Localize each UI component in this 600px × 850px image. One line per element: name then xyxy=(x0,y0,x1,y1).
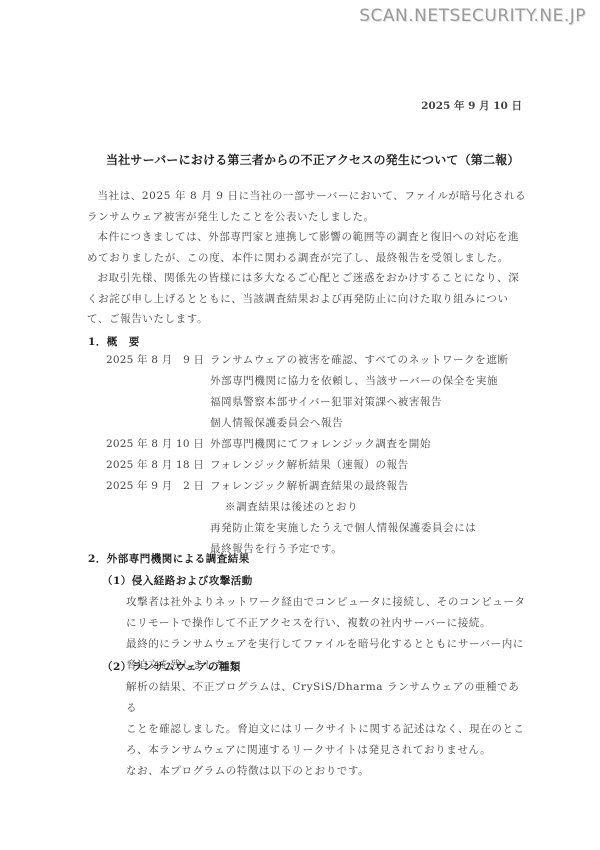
subsection-body-ransomware-type: 解析の結果、不正プログラムは、CrySiS/Dharma ランサムウェアの亜種で… xyxy=(126,677,526,782)
body-line: にリモートで操作して不正アクセスを行い、複数の社内サーバーに接続。 xyxy=(126,613,526,634)
body-line: なお、本プログラムの特徴は以下のとおりです。 xyxy=(126,761,526,782)
intro-paragraph-1: 当社は、2025 年 8 月 9 日に当社の一部サーバーにおいて、ファイルが暗号… xyxy=(87,186,527,227)
document-title: 当社サーバーにおける第三者からの不正アクセスの発生について（第二報） xyxy=(106,151,526,168)
timeline-event: 最終報告を行う予定です。 xyxy=(210,539,536,560)
body-line: 解析の結果、不正プログラムは、CrySiS/Dharma ランサムウェアの亜種で… xyxy=(126,677,526,719)
subsection-heading-ransomware-type: （2）ランサムウェアの種類 xyxy=(102,659,241,674)
timeline-event: 再発防止策を実施したうえで個人情報保護委員会には xyxy=(210,518,536,539)
timeline-events: フォレンジック解析調査結果の最終報告 ※調査結果は後述のとおり 再発防止策を実施… xyxy=(210,476,536,560)
body-line: 攻撃者は社外よりネットワーク経由でコンピュータに接続し、そのコンピュータ xyxy=(126,592,526,613)
timeline-event: 外部専門機関に協力を依頼し、当該サーバーの保全を実施 xyxy=(210,371,536,392)
timeline-event: ランサムウェアの被害を確認、すべてのネットワークを遮断 xyxy=(210,350,536,371)
timeline-events: 外部専門機関にてフォレンジック調査を開始 xyxy=(210,434,536,455)
timeline-event: フォレンジック解析調査結果の最終報告 xyxy=(210,476,536,497)
subsection-heading-intrusion: （1）侵入経路および攻撃活動 xyxy=(102,573,253,588)
timeline-entry: 2025 年 8 月 9 日 ランサムウェアの被害を確認、すべてのネットワークを… xyxy=(106,350,536,434)
body-line: ろ、本ランサムウェアに関連するリークサイトは発見されておりません。 xyxy=(126,740,526,761)
timeline: 2025 年 8 月 9 日 ランサムウェアの被害を確認、すべてのネットワークを… xyxy=(106,350,536,560)
timeline-date: 2025 年 8 月 9 日 xyxy=(106,350,210,434)
timeline-event: 個人情報保護委員会へ報告 xyxy=(210,413,536,434)
section-heading-investigation: 2．外部専門機関による調査結果 xyxy=(88,551,250,566)
timeline-event: フォレンジック解析結果（速報）の報告 xyxy=(210,455,536,476)
timeline-note: ※調査結果は後述のとおり xyxy=(210,497,536,518)
document-date: 2025 年 9 月 10 日 xyxy=(421,98,522,113)
timeline-events: フォレンジック解析結果（速報）の報告 xyxy=(210,455,536,476)
timeline-events: ランサムウェアの被害を確認、すべてのネットワークを遮断 外部専門機関に協力を依頼… xyxy=(210,350,536,434)
body-line: 最終的にランサムウェアを実行してファイルを暗号化するとともにサーバー内に xyxy=(126,634,526,655)
timeline-entry: 2025 年 8 月 18 日 フォレンジック解析結果（速報）の報告 xyxy=(106,455,536,476)
body-line: ことを確認しました。脅迫文にはリークサイトに関する記述はなく、現在のとこ xyxy=(126,719,526,740)
intro-paragraph-2: 本件につきましては、外部専門家と連携して影響の範囲等の調査と復旧への対応を進めて… xyxy=(87,227,527,268)
timeline-date: 2025 年 8 月 18 日 xyxy=(106,455,210,476)
timeline-event: 外部専門機関にてフォレンジック調査を開始 xyxy=(210,434,536,455)
intro-paragraph-3: お取引先様、関係先の皆様には多大なるご心配とご迷惑をおかけすることになり、深くお… xyxy=(87,268,527,330)
timeline-entry: 2025 年 9 月 2 日 フォレンジック解析調査結果の最終報告 ※調査結果は… xyxy=(106,476,536,560)
timeline-entry: 2025 年 8 月 10 日 外部専門機関にてフォレンジック調査を開始 xyxy=(106,434,536,455)
timeline-date: 2025 年 8 月 10 日 xyxy=(106,434,210,455)
timeline-event: 福岡県警察本部サイバー犯罪対策課へ被害報告 xyxy=(210,392,536,413)
section-heading-overview: 1．概 要 xyxy=(88,334,140,349)
site-watermark: SCAN.NETSECURITY.NE.JP xyxy=(359,6,586,26)
timeline-date: 2025 年 9 月 2 日 xyxy=(106,476,210,560)
